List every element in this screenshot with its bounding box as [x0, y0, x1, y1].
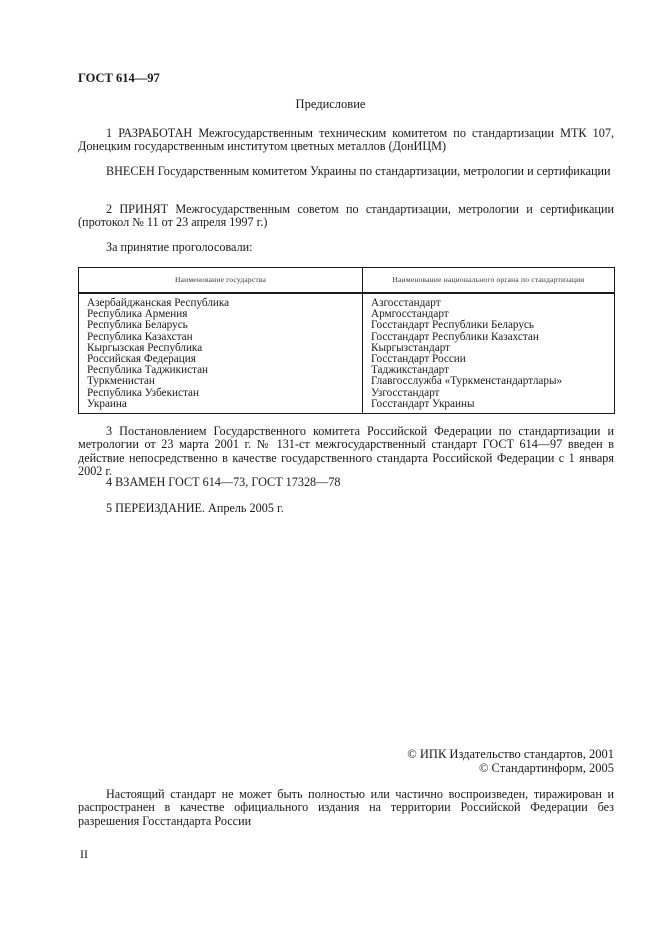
national-body-name: Госстандарт Украины	[371, 399, 606, 410]
paragraph-adopted-by: 2 ПРИНЯТ Межгосударственным советом по с…	[78, 203, 614, 230]
state-name: Украина	[87, 399, 354, 410]
paragraph-reissue: 5 ПЕРЕИЗДАНИЕ. Апрель 2005 г.	[78, 502, 614, 515]
copyright-block: © ИПК Издательство стандартов, 2001 © Ст…	[78, 748, 614, 775]
section-title: Предисловие	[0, 98, 661, 111]
paragraph-voted-for: За принятие проголосовали:	[78, 241, 614, 254]
national-bodies-cell: АзгосстандартАрмгосстандартГосстандарт Р…	[363, 293, 615, 414]
copyright-line: © Стандартинформ, 2005	[78, 762, 614, 776]
paragraph-replaces: 4 ВЗАМЕН ГОСТ 614—73, ГОСТ 17328—78	[78, 476, 614, 489]
page-number: II	[80, 848, 88, 861]
paragraph-resolution: 3 Постановлением Государственного комите…	[78, 425, 614, 479]
national-body-name: Главгосслужба «Туркменстандартлары»	[371, 376, 606, 387]
paragraph-developed-by: 1 РАЗРАБОТАН Межгосударственным техничес…	[78, 127, 614, 154]
national-body-name: Госстандарт Республики Беларусь	[371, 320, 606, 331]
state-name: Туркменистан	[87, 376, 354, 387]
copyright-line: © ИПК Издательство стандартов, 2001	[78, 748, 614, 762]
state-name: Республика Беларусь	[87, 320, 354, 331]
states-cell: Азербайджанская РеспубликаРеспублика Арм…	[79, 293, 363, 414]
column-header-state: Наименование государства	[79, 268, 363, 294]
document-id: ГОСТ 614—97	[78, 72, 160, 85]
voting-table: Наименование государства Наименование на…	[78, 267, 615, 414]
state-name: Республика Узбекистан	[87, 388, 354, 399]
paragraph-reproduction-notice: Настоящий стандарт не может быть полност…	[78, 788, 614, 828]
column-header-national-body: Наименование национального органа по ста…	[363, 268, 615, 294]
paragraph-introduced-by: ВНЕСЕН Государственным комитетом Украины…	[78, 165, 614, 178]
